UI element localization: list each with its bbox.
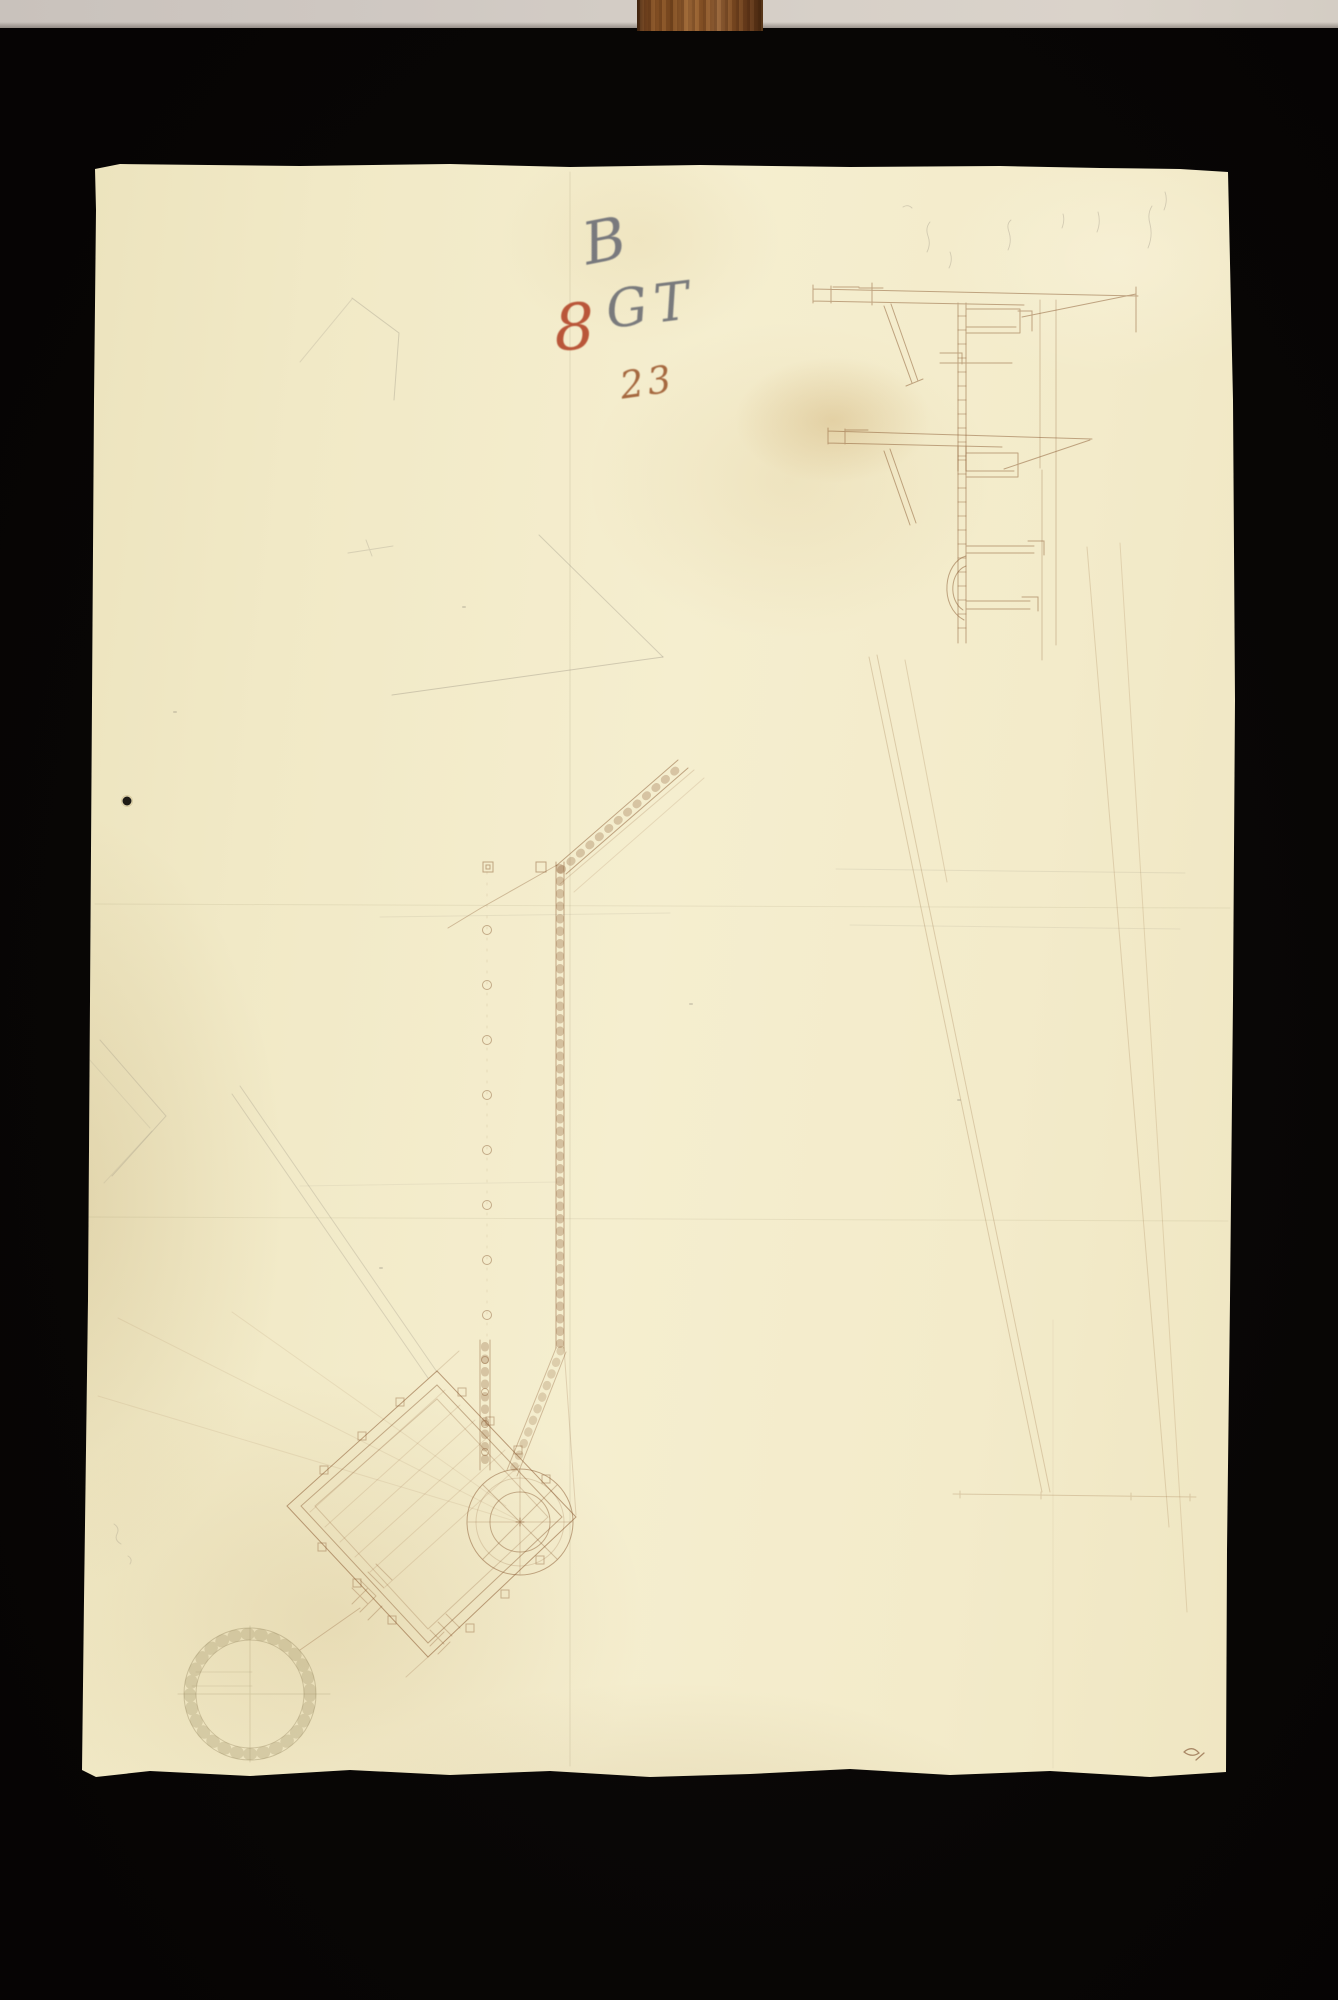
annotation-number-23: 23 xyxy=(618,360,678,404)
bastion-plan xyxy=(287,1351,576,1677)
paper-creases xyxy=(85,172,1230,1768)
drawing-sheet: B 8 GT 23 xyxy=(0,0,1338,2000)
photograph-of-drawing: B 8 GT 23 xyxy=(0,0,1338,2000)
tower-plan xyxy=(98,1312,576,1575)
annotation-number-8: 8 xyxy=(552,295,597,362)
wooden-easel-strut xyxy=(637,0,763,31)
section-sketches xyxy=(813,283,1138,660)
corner-pen-mark xyxy=(1184,1749,1204,1760)
measure-scribbles xyxy=(903,192,1257,268)
faint-plan-lines xyxy=(232,913,670,1378)
annotation-letters-gt: GT xyxy=(603,275,699,338)
paper-hole xyxy=(122,796,133,807)
segmented-circle-plan xyxy=(178,1626,330,1762)
plan-wall xyxy=(448,760,704,1348)
long-struts xyxy=(869,543,1196,1612)
column-marks xyxy=(483,926,492,1320)
sketch-fragments xyxy=(88,298,960,1564)
construction-lines xyxy=(392,535,1185,929)
